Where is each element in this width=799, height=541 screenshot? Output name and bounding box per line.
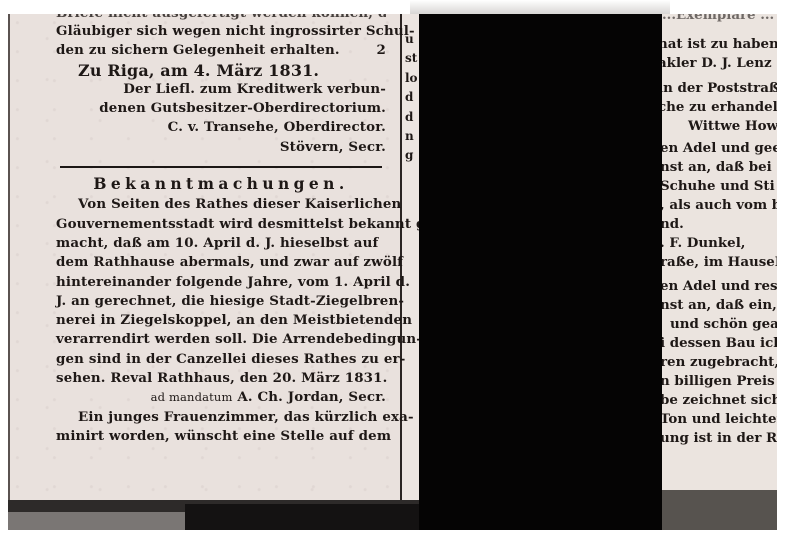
signature-line: C. v. Transehe, Oberdirector. xyxy=(56,118,386,137)
line-text: nerei in Ziegelskoppel, an den Meistbiet… xyxy=(56,311,412,330)
text-line: . F. Dunkel, xyxy=(662,234,745,254)
text-line: raße, im HauseNr.. xyxy=(662,253,777,273)
line-text: den zu sichern Gelegenheit erhalten. xyxy=(56,41,340,60)
text-line: verarrendirt werden soll. Die Arrendebed… xyxy=(56,330,386,349)
text-line: nd. xyxy=(662,215,684,235)
line-text: Stövern, Secr. xyxy=(280,138,386,157)
text-line: ung ist in der Ri xyxy=(662,429,777,449)
text-line: J. an gerechnet, die hiesige Stadt-Ziege… xyxy=(56,292,386,311)
line-text: dem Rathhause abermals, und zwar auf zwö… xyxy=(56,253,403,272)
line-text: gen sind in der Canzellei dieses Rathes … xyxy=(56,350,405,369)
text-line: i dessen Bau ich e xyxy=(662,334,777,354)
text-line: Wittwe How xyxy=(688,117,777,137)
text-line: Ein junges Frauenzimmer, das kürzlich ex… xyxy=(56,408,386,427)
page-bottom-shadow xyxy=(185,504,420,530)
text-line: dem Rathhause abermals, und zwar auf zwö… xyxy=(56,253,386,272)
text-line: sehen. Reval Rathhaus, den 20. März 1831… xyxy=(56,369,386,388)
strip-fragment: d xyxy=(405,88,420,107)
line-text: denen Gutsbesitzer-Oberdirectorium. xyxy=(99,99,386,118)
text-line: Gouvernementsstadt wird desmittelst beka… xyxy=(56,215,386,234)
text-line: nst an, daß ein, xyxy=(662,296,777,316)
text-line: in der Poststraße xyxy=(662,79,777,99)
text-line: nat ist zu haben xyxy=(662,35,777,55)
right-page-fragment: ...Exemplare ... nat ist zu haben akler … xyxy=(662,14,777,490)
signature-line: denen Gutsbesitzer-Oberdirectorium. xyxy=(56,99,386,118)
cutoff-line: Briefe nicht ausgefertigt werden können,… xyxy=(56,14,386,22)
line-text: verarrendirt werden soll. Die Arrendebed… xyxy=(56,330,422,349)
strip-fragment: n xyxy=(405,127,420,146)
text-line: Ton und leichter S xyxy=(662,410,777,430)
line-text: J. an gerechnet, die hiesige Stadt-Ziege… xyxy=(56,292,404,311)
signature-text: A. Ch. Jordan, Secr. xyxy=(237,388,386,407)
strip-fragment: lo xyxy=(405,69,420,88)
text-line: gen sind in der Canzellei dieses Rathes … xyxy=(56,350,386,369)
text-line: , als auch vom b xyxy=(662,196,777,216)
line-text: Der Liefl. zum Kreditwerk verbun- xyxy=(123,80,386,99)
place-date: Zu Riga, am 4. März 1831. xyxy=(56,61,386,80)
text-line: ren zugebracht, ge xyxy=(662,353,777,373)
line-text: minirt worden, wünscht eine Stelle auf d… xyxy=(56,427,391,446)
text-line: Gläubiger sich wegen nicht ingrossirter … xyxy=(56,22,386,41)
notice-signature: ad mandatum A. Ch. Jordan, Secr. xyxy=(56,388,386,407)
notice-number: 2 xyxy=(377,41,386,60)
top-shadow xyxy=(410,0,670,14)
line-text: Gouvernementsstadt wird desmittelst beka… xyxy=(56,215,440,234)
strip-fragment: st xyxy=(405,49,420,68)
line-text: hintereinander folgende Jahre, vom 1. Ap… xyxy=(56,273,410,292)
text-line: n billigen Preis xyxy=(662,372,775,392)
text-line: be zeichnet sich d xyxy=(662,391,777,411)
right-page-bottom-edge xyxy=(662,490,777,530)
section-rule xyxy=(60,166,382,168)
line-text: Zu Riga, am 4. März 1831. xyxy=(78,61,319,80)
text-line: nst an, daß bei xyxy=(662,158,772,178)
text-line: akler D. J. Lenz xyxy=(662,54,772,74)
text-line: nerei in Ziegelskoppel, an den Meistbiet… xyxy=(56,311,386,330)
text-line: en Adel und resp. xyxy=(662,277,777,297)
text-line: ...Exemplare ... xyxy=(662,14,774,26)
text-line: che zu erhandeln. xyxy=(662,98,777,118)
line-text: sehen. Reval Rathhaus, den 20. März 1831… xyxy=(56,369,387,388)
middle-strip-text: u st lo d d n g xyxy=(405,30,420,166)
line-text: macht, daß am 10. April d. J. hieselbst … xyxy=(56,234,378,253)
left-column: Briefe nicht ausgefertigt werden können,… xyxy=(56,14,386,446)
text-line: Schuhe und Sti xyxy=(662,177,775,197)
text-line: minirt worden, wünscht eine Stelle auf d… xyxy=(56,427,386,446)
signature-line: Stövern, Secr. xyxy=(56,138,386,157)
redaction-bar xyxy=(419,14,667,530)
text-line: und schön gearbei xyxy=(670,315,777,335)
strip-fragment: g xyxy=(405,146,420,165)
line-text: C. v. Transehe, Oberdirector. xyxy=(168,118,386,137)
text-line: en Adel und geel xyxy=(662,139,777,159)
text-line: macht, daß am 10. April d. J. hieselbst … xyxy=(56,234,386,253)
line-text: Gläubiger sich wegen nicht ingrossirter … xyxy=(56,22,415,41)
line-text: Von Seiten des Rathes dieser Kaiserliche… xyxy=(78,195,401,214)
text-line: hintereinander folgende Jahre, vom 1. Ap… xyxy=(56,273,386,292)
text-line: Von Seiten des Rathes dieser Kaiserliche… xyxy=(56,195,386,214)
section-heading: Bekanntmachungen. xyxy=(56,174,386,193)
signature-line: Der Liefl. zum Kreditwerk verbun- xyxy=(56,80,386,99)
line-text: Ein junges Frauenzimmer, das kürzlich ex… xyxy=(78,408,414,427)
text-line: den zu sichern Gelegenheit erhalten. 2 xyxy=(56,41,386,60)
signature-prefix: ad mandatum xyxy=(151,388,233,407)
strip-fragment: d xyxy=(405,108,420,127)
